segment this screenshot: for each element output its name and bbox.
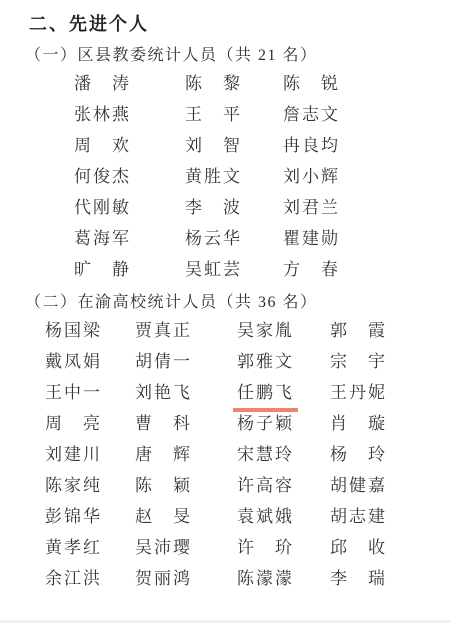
person-name: 杨国梁 xyxy=(45,315,135,346)
person-name: 何俊杰 xyxy=(74,161,185,192)
person-name: 刘建川 xyxy=(45,439,135,470)
person-name: 郭雅文 xyxy=(237,346,330,377)
person-name: 黄孝红 xyxy=(45,532,135,563)
name-row: 戴凤娟胡倩一郭雅文宗 宇 xyxy=(0,346,451,377)
name-row: 代刚敏李 波刘君兰 xyxy=(0,192,451,223)
section-2-header: （二）在渝高校统计人员（共 36 名） xyxy=(25,291,451,315)
section-1-name-list: 潘 涛陈 黎陈 锐张林燕王 平詹志文周 欢刘 智冉良均何俊杰黄胜文刘小辉代刚敏李… xyxy=(0,68,451,285)
document-page: 二、先进个人 （一）区县教委统计人员（共 21 名） 潘 涛陈 黎陈 锐张林燕王… xyxy=(0,0,451,623)
person-name: 张林燕 xyxy=(74,99,185,130)
name-row: 潘 涛陈 黎陈 锐 xyxy=(0,68,451,99)
person-name: 陈濛濛 xyxy=(237,563,330,594)
person-name: 袁斌娥 xyxy=(237,501,330,532)
name-row: 余江洪贺丽鸿陈濛濛李 瑞 xyxy=(0,563,451,594)
person-name: 吴沛璎 xyxy=(135,532,237,563)
person-name: 贾真正 xyxy=(135,315,237,346)
person-name: 刘君兰 xyxy=(283,192,451,223)
person-name: 冉良均 xyxy=(283,130,451,161)
name-row: 王中一刘艳飞任鹏飞王丹妮 xyxy=(0,377,451,408)
person-name: 杨子颖 xyxy=(237,408,330,439)
person-name: 周 亮 xyxy=(45,408,135,439)
person-name: 吴虹芸 xyxy=(185,254,283,285)
name-row: 杨国梁贾真正吴家胤郭 霞 xyxy=(0,315,451,346)
person-name: 邱 收 xyxy=(330,532,451,563)
name-row: 张林燕王 平詹志文 xyxy=(0,99,451,130)
name-row: 葛海军杨云华瞿建勋 xyxy=(0,223,451,254)
person-name: 余江洪 xyxy=(45,563,135,594)
person-name: 胡倩一 xyxy=(135,346,237,377)
person-name: 方 春 xyxy=(283,254,451,285)
person-name: 赵 旻 xyxy=(135,501,237,532)
name-row: 彭锦华赵 旻袁斌娥胡志建 xyxy=(0,501,451,532)
person-name: 旷 静 xyxy=(74,254,185,285)
person-name: 杨云华 xyxy=(185,223,283,254)
person-name: 许 玠 xyxy=(237,532,330,563)
person-name: 贺丽鸿 xyxy=(135,563,237,594)
person-name: 曹 科 xyxy=(135,408,237,439)
person-name: 黄胜文 xyxy=(185,161,283,192)
person-name: 戴凤娟 xyxy=(45,346,135,377)
name-row: 何俊杰黄胜文刘小辉 xyxy=(0,161,451,192)
person-name-highlighted: 任鹏飞 xyxy=(237,377,330,412)
person-name: 李 瑞 xyxy=(330,563,451,594)
name-row: 旷 静吴虹芸方 春 xyxy=(0,254,451,285)
person-name: 陈 颖 xyxy=(135,470,237,501)
person-name: 李 波 xyxy=(185,192,283,223)
person-name: 陈家纯 xyxy=(45,470,135,501)
section-universities: （二）在渝高校统计人员（共 36 名） 杨国梁贾真正吴家胤郭 霞戴凤娟胡倩一郭雅… xyxy=(0,291,451,594)
name-row: 周 欢刘 智冉良均 xyxy=(0,130,451,161)
person-name: 彭锦华 xyxy=(45,501,135,532)
person-name: 周 欢 xyxy=(74,130,185,161)
person-name: 代刚敏 xyxy=(74,192,185,223)
person-name: 瞿建勋 xyxy=(283,223,451,254)
person-name: 王丹妮 xyxy=(330,377,451,412)
section-1-header: （一）区县教委统计人员（共 21 名） xyxy=(25,44,451,68)
person-name: 宋慧玲 xyxy=(237,439,330,470)
person-name: 葛海军 xyxy=(74,223,185,254)
person-name: 许高容 xyxy=(237,470,330,501)
person-name: 詹志文 xyxy=(283,99,451,130)
name-row: 黄孝红吴沛璎许 玠邱 收 xyxy=(0,532,451,563)
person-name: 郭 霞 xyxy=(330,315,451,346)
person-name: 胡健嘉 xyxy=(330,470,451,501)
document-title: 二、先进个人 xyxy=(29,12,451,36)
person-name: 杨 玲 xyxy=(330,439,451,470)
person-name: 王中一 xyxy=(45,377,135,412)
person-name: 胡志建 xyxy=(330,501,451,532)
person-name: 肖 璇 xyxy=(330,408,451,439)
name-row: 陈家纯陈 颖许高容胡健嘉 xyxy=(0,470,451,501)
person-name: 陈 锐 xyxy=(283,68,451,99)
name-row: 周 亮曹 科杨子颖肖 璇 xyxy=(0,408,451,439)
person-name: 陈 黎 xyxy=(185,68,283,99)
person-name: 潘 涛 xyxy=(74,68,185,99)
person-name: 刘小辉 xyxy=(283,161,451,192)
person-name: 王 平 xyxy=(185,99,283,130)
section-2-name-list: 杨国梁贾真正吴家胤郭 霞戴凤娟胡倩一郭雅文宗 宇王中一刘艳飞任鹏飞王丹妮周 亮曹… xyxy=(0,315,451,594)
person-name: 吴家胤 xyxy=(237,315,330,346)
name-row: 刘建川唐 辉宋慧玲杨 玲 xyxy=(0,439,451,470)
section-district-county: （一）区县教委统计人员（共 21 名） 潘 涛陈 黎陈 锐张林燕王 平詹志文周 … xyxy=(0,44,451,285)
person-name: 宗 宇 xyxy=(330,346,451,377)
person-name: 刘 智 xyxy=(185,130,283,161)
person-name: 唐 辉 xyxy=(135,439,237,470)
person-name: 刘艳飞 xyxy=(135,377,237,412)
